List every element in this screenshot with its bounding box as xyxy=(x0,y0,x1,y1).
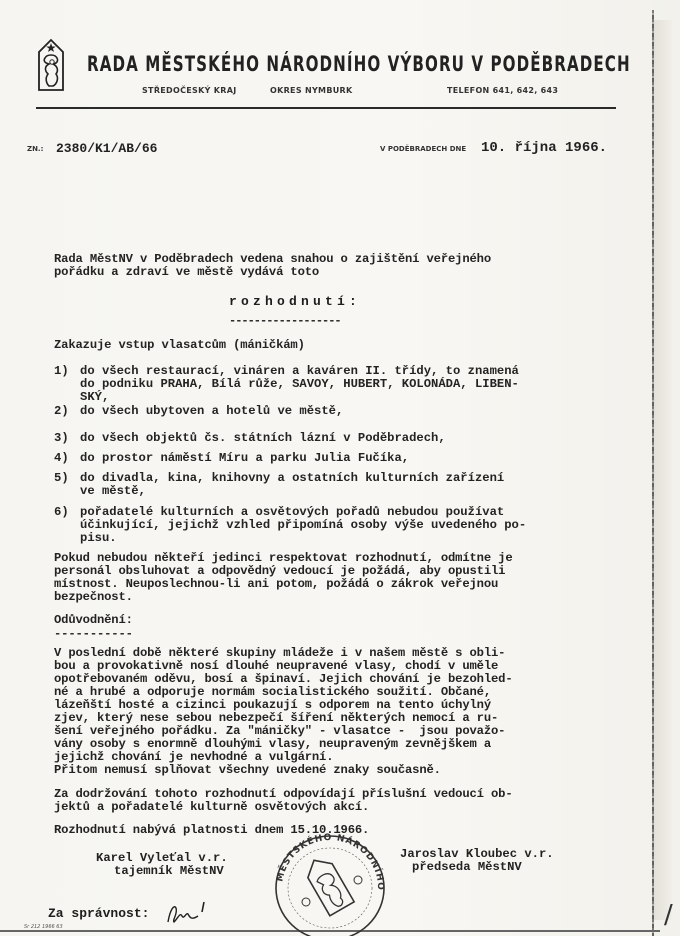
item-text-line: do všech objektů čs. státních lázní v Po… xyxy=(80,432,446,445)
letterhead-district: OKRES NYMBURK xyxy=(270,86,352,95)
czechoslovak-coat-of-arms-icon xyxy=(37,38,65,92)
reference-number: 2380/K1/AB/66 xyxy=(56,141,157,156)
responsibility-line: jektů a pořadatelé kulturně osvětových a… xyxy=(54,801,369,814)
justification-underline: ----------- xyxy=(54,628,133,641)
margin-mark: / xyxy=(664,900,673,930)
letterhead-region: STŘEDOČESKÝ KRAJ xyxy=(142,86,237,95)
official-round-stamp-icon: MĚSTSKÉHO NÁRODNÍHO VÝBORU PODĚBRADY xyxy=(268,828,392,936)
handwritten-signature-icon xyxy=(164,898,214,926)
justification-line: Přitom nemusí splňovat všechny uvedené z… xyxy=(54,764,441,777)
item-text-line: do podniku PRAHA, Bílá růže, SAVOY, HUBE… xyxy=(80,378,519,391)
item-text-line: do všech ubytoven a hotelů ve městě, xyxy=(80,405,343,418)
letterhead-divider xyxy=(36,107,616,109)
item-number: 1) xyxy=(54,365,69,378)
signatory-right-role: předseda MěstNV xyxy=(412,861,522,874)
item-text-line: SKÝ, xyxy=(80,391,109,404)
item-text-line: do prostor náměstí Míru a parku Julia Fu… xyxy=(80,452,409,465)
svg-text:MĚSTSKÉHO NÁRODNÍHO VÝBORU POD: MĚSTSKÉHO NÁRODNÍHO VÝBORU PODĚBRADY xyxy=(268,828,385,891)
page-edge-line xyxy=(652,10,654,936)
signatory-left-role: tajemník MěstNV xyxy=(114,865,224,878)
item-text-line: účinkující, jejichž vzhled připomíná oso… xyxy=(80,519,526,532)
scanned-document-page: / RADA MĚSTSKÉHO NÁRODNÍHO VÝBORU V PODĚ… xyxy=(0,0,680,936)
attestation-label: Za správnost: xyxy=(48,906,149,921)
enforcement-line: bezpečnost. xyxy=(54,591,133,604)
intro-line: pořádku a zdraví ve městě vydává toto xyxy=(54,266,319,279)
decision-heading: rozhodnutí: xyxy=(229,294,361,309)
item-number: 5) xyxy=(54,472,69,485)
item-number: 2) xyxy=(54,405,69,418)
document-date: 10. října 1966. xyxy=(481,140,607,156)
page-edge-shadow xyxy=(654,20,672,920)
letterhead-phone: TELEFON 641, 642, 643 xyxy=(447,86,558,95)
prohibition-lead: Zakazuje vstup vlasatcům (máničkám) xyxy=(54,339,305,352)
item-text-line: pisu. xyxy=(80,532,117,545)
justification-heading: Odůvodnění: xyxy=(54,614,133,627)
dateline-label: V PODĚBRADECH DNE xyxy=(380,145,466,153)
reference-label: ZN.: xyxy=(27,145,43,153)
decision-heading-underline: ------------------ xyxy=(229,314,341,328)
item-number: 3) xyxy=(54,432,69,445)
item-number: 4) xyxy=(54,452,69,465)
form-code: Sr 212 1966 63 xyxy=(24,924,63,930)
letterhead-title: RADA MĚSTSKÉHO NÁRODNÍHO VÝBORU V PODĚBR… xyxy=(87,52,631,76)
item-text-line: ve městě, xyxy=(80,485,146,498)
item-number: 6) xyxy=(54,506,69,519)
